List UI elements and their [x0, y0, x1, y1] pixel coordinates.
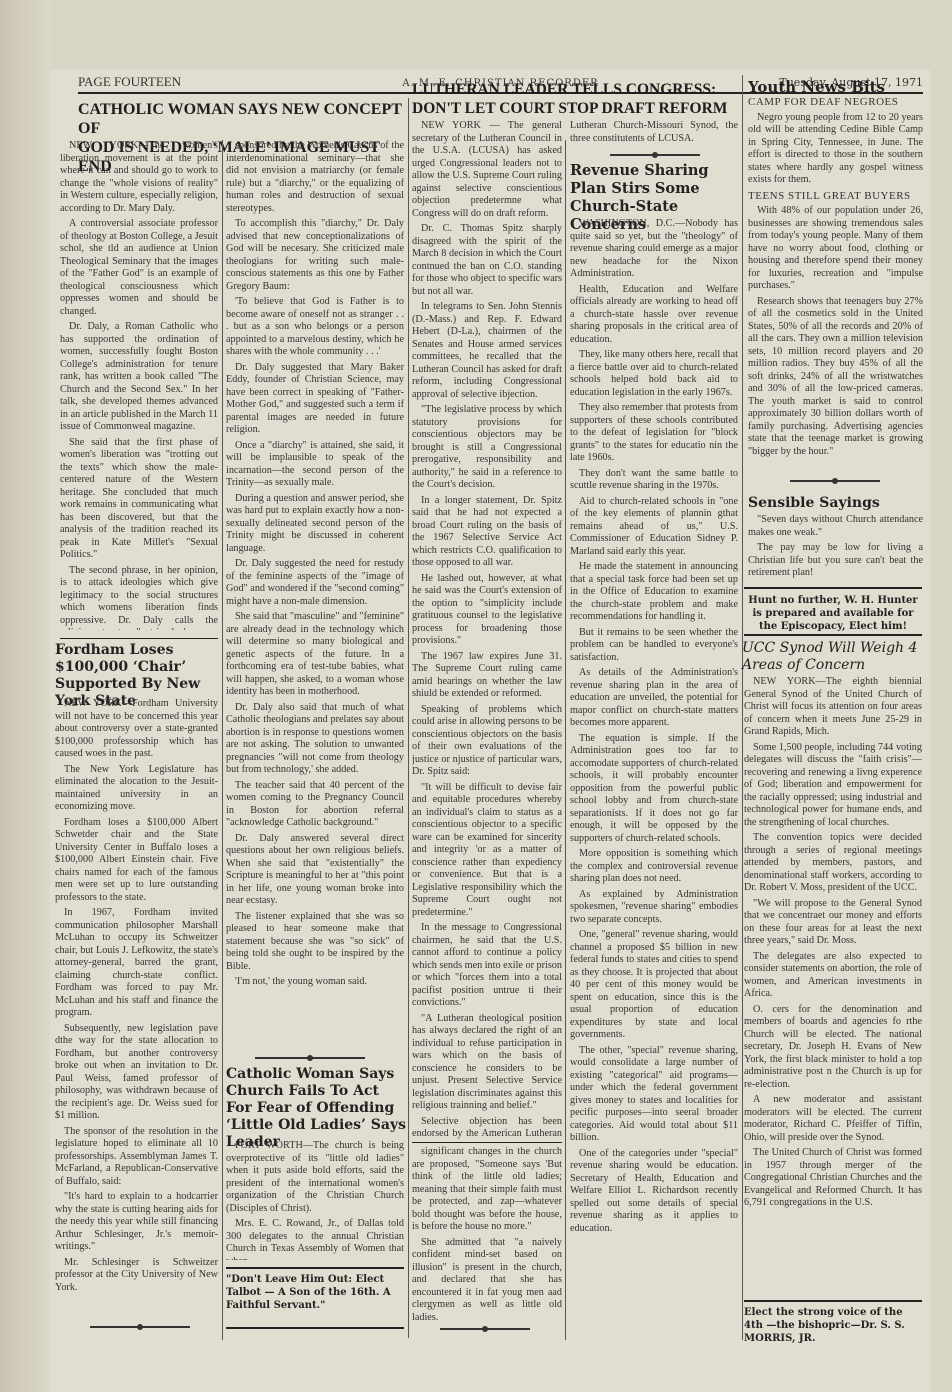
paragraph: She said that "masculine" and "feminine"…: [226, 611, 404, 699]
paragraph: 'To believe that God is Father is to bec…: [226, 296, 404, 359]
paragraph: In 1967, Fordham invited communication p…: [55, 907, 218, 1020]
ad-rule-bottom: [744, 634, 922, 636]
paragraph: "The legislative process by which statut…: [412, 404, 562, 492]
ad-rule-top: [744, 1300, 922, 1302]
youth-news-kicker: TEENS STILL GREAT BUYERS: [748, 190, 923, 203]
paragraph: She said that the first phase of women's…: [60, 437, 218, 562]
paragraph: Mr. Schlesinger is Schweitzer professor …: [55, 1257, 218, 1295]
paragraph: O. cers for the denomination and members…: [744, 1004, 922, 1092]
paragraph: He lashed out, however, at what he said …: [412, 573, 562, 648]
paragraph: One, "general" revenue sharing, would ch…: [570, 929, 738, 1042]
paragraph: A controversial associate professor of t…: [60, 218, 218, 318]
paragraph: To accomplish this "diarchy," Dr. Daly a…: [226, 218, 404, 293]
paragraph: Dr. Daly also said that much of what Cat…: [226, 702, 404, 777]
paragraph: She admitted that "a naively confident m…: [412, 1237, 562, 1325]
paragraph: sponsored by the Women's Caucus of the i…: [226, 140, 404, 215]
paragraph: As explained by Administration spokesmen…: [570, 889, 738, 927]
youth-news-item: Negro young people from 12 to 20 years o…: [748, 112, 923, 187]
paragraph: "We will propose to the General Synod th…: [744, 898, 922, 948]
paragraph: NEW YORK — The general secretary of the …: [412, 120, 562, 220]
catholic-woman-col2: sponsored by the Women's Caucus of the i…: [226, 140, 404, 1040]
paragraph: WASHINGTON, D.C.—Nobody has quite said s…: [570, 218, 738, 281]
ad-rule-top: [744, 587, 922, 589]
paragraph: "It will be difficult to devise fair and…: [412, 782, 562, 920]
lutheran-article: NEW YORK — The general secretary of the …: [412, 120, 562, 1140]
paragraph: Aid to church-related schools in "one of…: [570, 496, 738, 559]
little-old-ladies-continued: significant changes in the church are pr…: [412, 1146, 562, 1331]
paragraph: Fordham loses a $100,000 Albert Schwetde…: [55, 817, 218, 905]
paragraph: They also remember that protests from su…: [570, 402, 738, 465]
little-old-ladies-headline: Catholic Woman Says Church Fails To Act …: [226, 1066, 406, 1151]
paragraph: In a longer statement, Dr. Spitz said th…: [412, 495, 562, 570]
paragraph: The New York Legislature has eliminated …: [55, 764, 218, 814]
paragraph: The 1967 law expires June 31. The Suprem…: [412, 651, 562, 701]
paragraph: The sponsor of the resolution in the leg…: [55, 1126, 218, 1189]
revenue-sharing-article: WASHINGTON, D.C.—Nobody has quite said s…: [570, 218, 738, 1336]
paragraph: The United Church of Christ was formed i…: [744, 1147, 922, 1210]
paragraph: More opposition is something which the c…: [570, 848, 738, 886]
paragraph: He made the statement in announcing that…: [570, 561, 738, 624]
headline-line-2: DON'T LET COURT STOP DRAFT REFORM: [412, 99, 742, 118]
ad-rule-bottom: [226, 1327, 404, 1329]
column-divider: [408, 98, 409, 1338]
ad-rule-top: [226, 1267, 404, 1269]
youth-news-item: With 48% of our population under 26, bus…: [748, 205, 923, 293]
youth-news-article: CAMP FOR DEAF NEGROESNegro young people …: [748, 96, 923, 476]
column-divider: [565, 140, 566, 1340]
youth-news-kicker: CAMP FOR DEAF NEGROES: [748, 96, 923, 109]
paragraph: The delegates are also expected to consi…: [744, 951, 922, 1001]
paragraph: One of the categories under "special" re…: [570, 1148, 738, 1236]
paragraph: Some 1,500 people, including 744 voting …: [744, 742, 922, 830]
paragraph: As details of the Administration's reven…: [570, 667, 738, 730]
lutheran-continued: Lutheran Church-Missouri Synod, the thre…: [570, 120, 738, 148]
paragraph: FORT WORTH—The church is being overprote…: [226, 1140, 404, 1215]
paragraph: "A Lutheran theological position has alw…: [412, 1013, 562, 1113]
hunter-campaign-ad: Hunt no further, W. H. Hunter is prepare…: [744, 594, 922, 633]
section-rule: [412, 1142, 562, 1143]
headline-line-1: LUTHERAN LEADER TELLS CONGRESS:: [412, 80, 742, 99]
section-rule: [60, 638, 218, 639]
talbot-campaign-ad: "Don't Leave Him Out: Elect Talbot — A S…: [226, 1273, 404, 1312]
little-old-ladies-article: FORT WORTH—The church is being overprote…: [226, 1140, 404, 1260]
sensible-sayings-list: "Seven days without Church attendance ma…: [748, 514, 923, 594]
paragraph: But it remains to be seen whether the pr…: [570, 627, 738, 665]
headline-line-1: CATHOLIC WOMAN SAYS NEW CONCEPT OF: [78, 100, 408, 138]
paragraph: The listener explained that she was so p…: [226, 911, 404, 974]
ornament-divider: [90, 1326, 190, 1328]
paragraph: NEW YORK—The women's liberation movement…: [60, 140, 218, 215]
paragraph: Once a "diarchy" is attained, she said, …: [226, 440, 404, 490]
paragraph: significant changes in the church are pr…: [412, 1146, 562, 1234]
paragraph: Dr. Daly, a Roman Catholic who has suppo…: [60, 321, 218, 434]
paragraph: Health, Education and Welfare officials …: [570, 284, 738, 347]
paragraph: The other, "special" revenue sharing, wo…: [570, 1045, 738, 1145]
morris-campaign-ad: Elect the strong voice of the 4th —the b…: [744, 1306, 922, 1345]
fordham-article: NEW YORK—Fordham University will not hav…: [55, 698, 218, 1314]
paragraph: The equation is simple. If the Administr…: [570, 733, 738, 846]
paragraph: 'I'm not,' the young woman said.: [226, 976, 404, 989]
ornament-divider: [440, 1328, 530, 1330]
paragraph: Mrs. E. C. Rowand, Jr., of Dallas told 3…: [226, 1218, 404, 1260]
paragraph: In telegrams to Sen. John Stennis (D.-Ma…: [412, 301, 562, 401]
column-divider: [222, 140, 223, 640]
paragraph: In the message to Congressional chairmen…: [412, 922, 562, 1010]
paragraph: They don't want the same battle to scutt…: [570, 468, 738, 493]
ornament-divider: [790, 480, 880, 482]
paragraph: The pay may be low for living a Christia…: [748, 542, 923, 580]
paragraph: During a question and answer period, she…: [226, 493, 404, 556]
continued-text: Lutheran Church-Missouri Synod, the thre…: [570, 120, 738, 145]
ucc-synod-article: NEW YORK—The eighth biennial General Syn…: [744, 676, 922, 1268]
paragraph: "It's hard to explain to a hodcarrier wh…: [55, 1191, 218, 1254]
column-divider: [742, 75, 743, 1340]
paragraph: NEW YORK—The eighth biennial General Syn…: [744, 676, 922, 739]
paragraph: NEW YORK—Fordham University will not hav…: [55, 698, 218, 761]
paragraph: Selective objection has been endorsed by…: [412, 1116, 562, 1141]
paragraph: Dr. Daly suggested the need for restudy …: [226, 558, 404, 608]
paragraph: Dr. C. Thomas Spitz sharply disagreed wi…: [412, 223, 562, 298]
paragraph: Speaking of problems which could arise i…: [412, 704, 562, 779]
catholic-woman-col1: NEW YORK—The women's liberation movement…: [60, 140, 218, 630]
ornament-divider: [255, 1057, 365, 1059]
sensible-sayings-headline: Sensible Sayings: [748, 494, 926, 512]
paragraph: The teacher said that 40 percent of the …: [226, 780, 404, 830]
paragraph: The convention topics were decided throu…: [744, 832, 922, 895]
paragraph: Subsequently, new legislation pave dthe …: [55, 1023, 218, 1123]
paragraph: "Seven days without Church attendance ma…: [748, 514, 923, 539]
youth-news-item: Research shows that teenagers buy 27% of…: [748, 296, 923, 459]
paragraph: Dr. Daly suggested that Mary Baker Eddy,…: [226, 362, 404, 437]
lutheran-headline: LUTHERAN LEADER TELLS CONGRESS: DON'T LE…: [412, 80, 742, 118]
paragraph: A new moderator and assistant moderators…: [744, 1094, 922, 1144]
paragraph: Dr. Daly answered several direct questio…: [226, 833, 404, 908]
column-divider: [222, 640, 223, 1340]
paragraph: The second phrase, in her opinion, is to…: [60, 565, 218, 631]
ucc-synod-headline: UCC Synod Will Weigh 4 Areas of Concern: [742, 640, 924, 674]
ornament-divider: [610, 154, 700, 156]
paragraph: They, like many others here, recall that…: [570, 349, 738, 399]
youth-news-headline: Youth News Bits: [748, 78, 926, 96]
page-left-edge: [0, 0, 50, 1392]
